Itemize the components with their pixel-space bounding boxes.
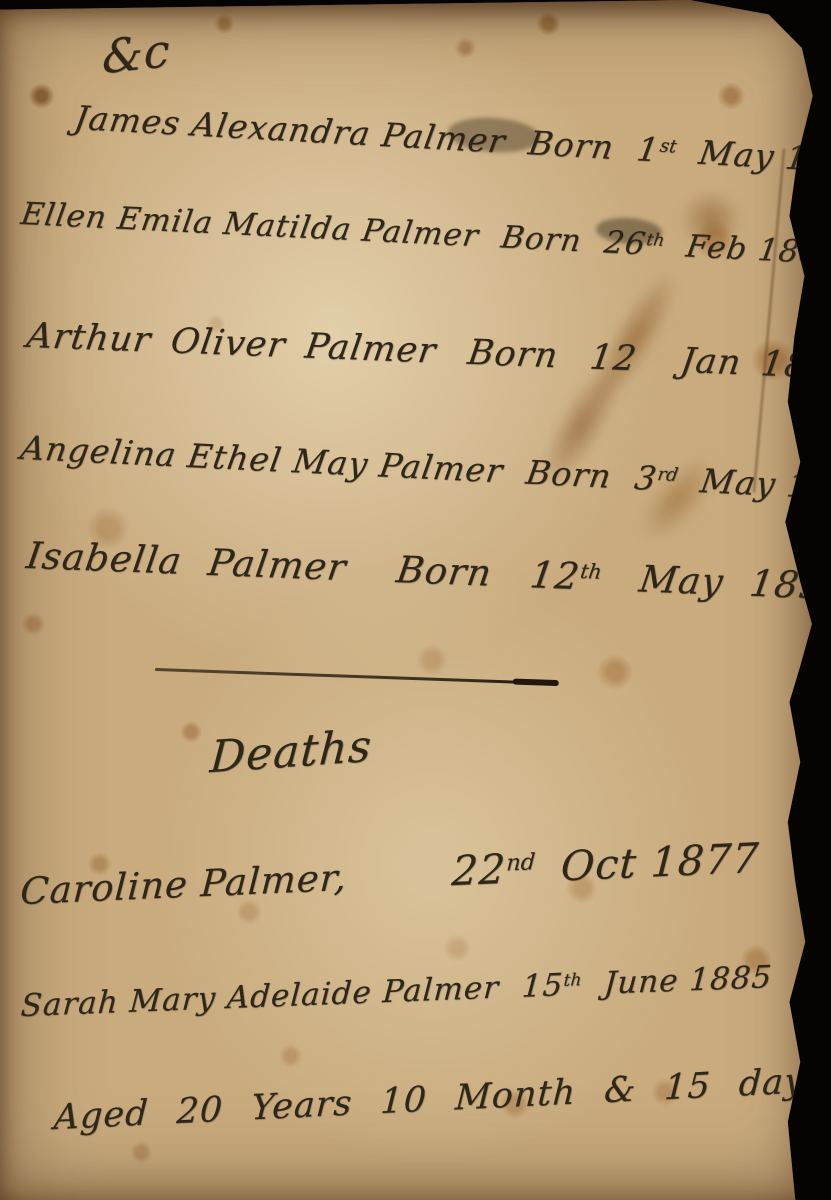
birth-entry: Isabella Palmer Born 12th May 1890 xyxy=(24,534,831,608)
birth-entry: Arthur Oliver Palmer Born 12 Jan 1883 xyxy=(24,316,831,388)
death-entry: Sarah Mary Adelaide Palmer 15th June 188… xyxy=(20,959,774,1024)
person-name: Arthur Oliver Palmer xyxy=(24,316,439,372)
person-name: Sarah Mary Adelaide Palmer xyxy=(20,970,501,1024)
death-entry: Caroline Palmer, 22nd Oct 1877 xyxy=(19,834,761,914)
paper-page: &c James Alexandra Palmer Born 1st May 1… xyxy=(0,0,831,1200)
birth-date: Jan 1883 xyxy=(678,341,831,387)
day-ordinal: nd xyxy=(506,849,537,876)
continuation-mark: &c xyxy=(102,23,170,84)
person-name: Caroline Palmer, xyxy=(19,856,348,913)
person-name: James Alexandra Palmer xyxy=(72,98,509,161)
death-day: 15 xyxy=(521,967,565,1005)
age-note: Aged 20 Years 10 Month & 15 days xyxy=(53,1060,825,1138)
person-name: Ellen Emila Matilda Palmer xyxy=(18,196,481,254)
born-label: Born xyxy=(465,333,561,376)
death-date: Oct 1877 xyxy=(559,834,760,891)
born-label: Born xyxy=(526,123,617,166)
born-label: Born xyxy=(523,453,614,496)
day-ordinal: rd xyxy=(656,464,680,486)
birth-day: 12 xyxy=(528,553,583,598)
person-name: Angelina Ethel May Palmer xyxy=(18,428,506,490)
deaths-heading: Deaths xyxy=(208,721,373,784)
death-day: 22 xyxy=(450,845,507,896)
page-crease xyxy=(753,149,785,493)
birth-day: 3 xyxy=(632,458,660,498)
born-label: Born xyxy=(394,548,495,594)
day-ordinal: th xyxy=(563,970,582,991)
day-ordinal: st xyxy=(658,136,678,158)
photo-of-register-page: &c James Alexandra Palmer Born 1st May 1… xyxy=(0,0,831,1200)
birth-date: May 1890 xyxy=(637,558,831,609)
birth-date: Feb 1881 xyxy=(684,229,831,272)
section-divider-rule xyxy=(155,668,557,685)
death-date: June 1885 xyxy=(603,959,774,1002)
birth-date: May 1878 xyxy=(696,133,831,181)
birth-date: May 1886 xyxy=(698,461,831,508)
born-label: Born xyxy=(499,219,585,259)
person-name: Isabella Palmer xyxy=(24,534,349,589)
birth-day: 12 xyxy=(587,338,639,380)
day-ordinal: th xyxy=(579,559,604,584)
death-date-group: 22nd Oct 1877 xyxy=(450,834,760,896)
